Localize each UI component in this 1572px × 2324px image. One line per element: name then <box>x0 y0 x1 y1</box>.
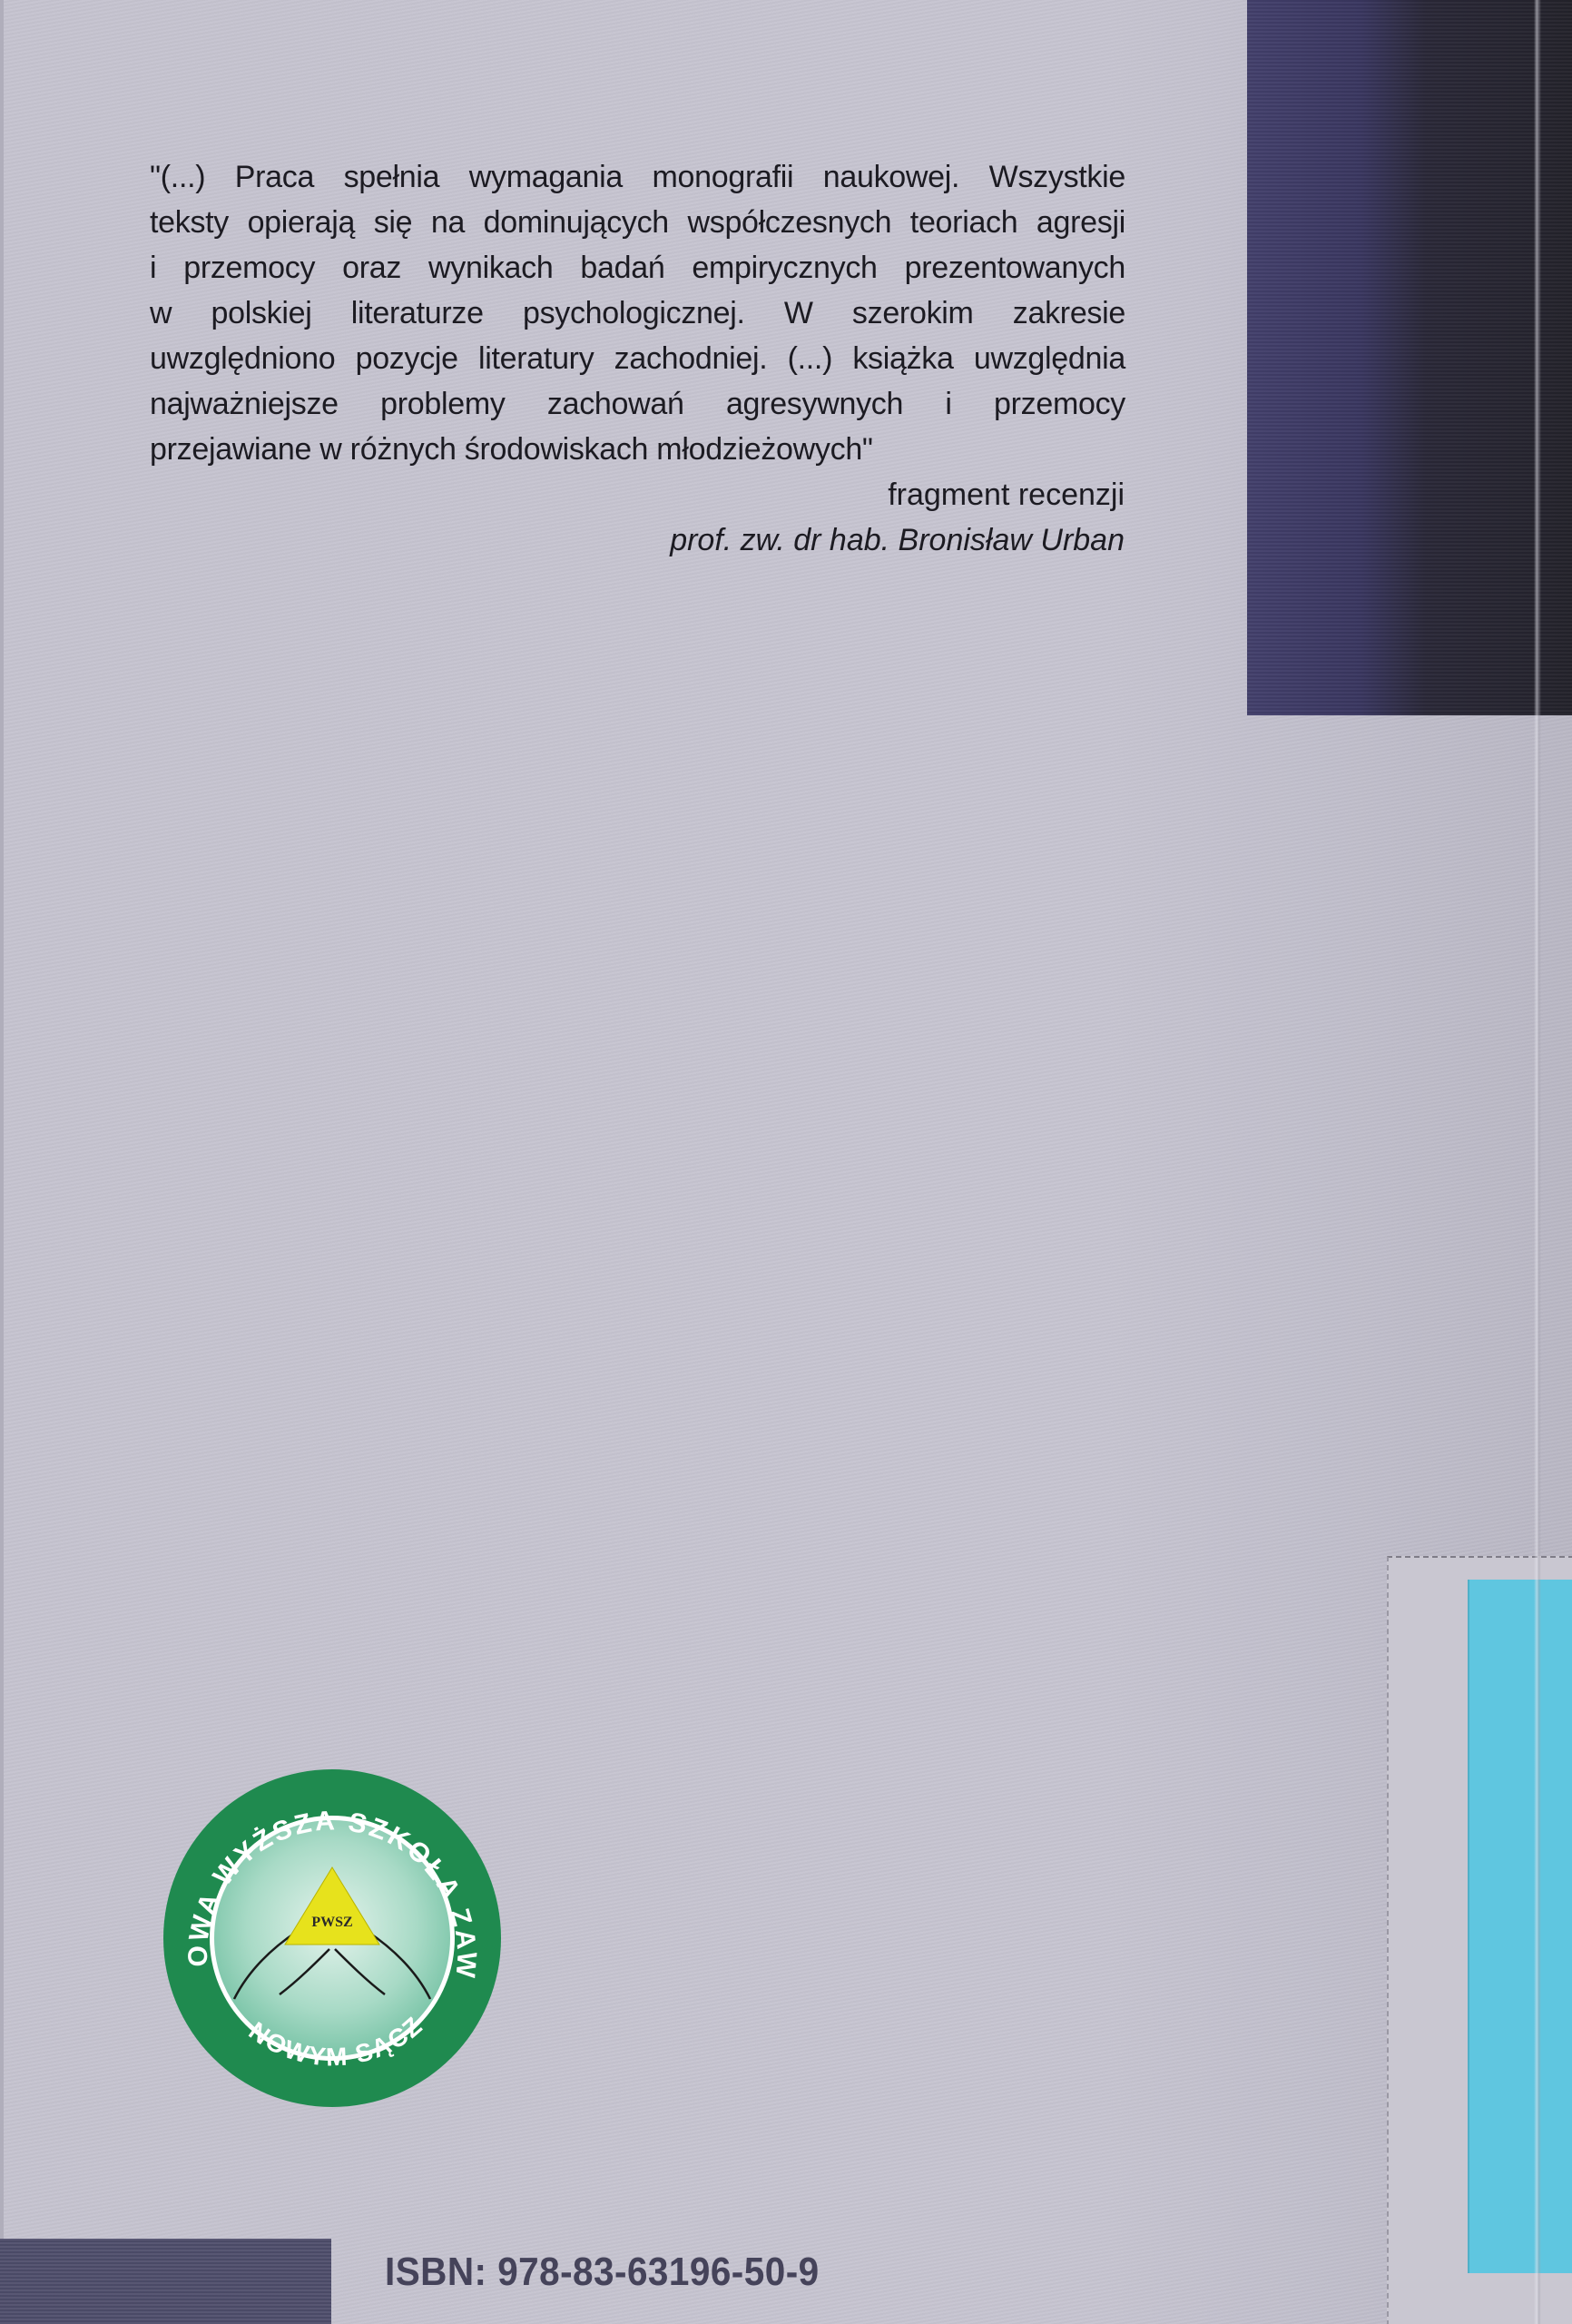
quote-line: w polskiej literaturze psychologicznej. … <box>150 290 1125 336</box>
quote-line: i przemocy oraz wynikach badań empiryczn… <box>150 245 1125 290</box>
spine-crease <box>1534 0 1541 2324</box>
decorative-dark-band <box>1247 0 1572 715</box>
review-attribution: fragment recenzji prof. zw. dr hab. Bron… <box>670 472 1125 563</box>
quote-line: przejawiane w różnych środowiskach młodz… <box>150 427 1125 472</box>
review-quote: "(...) Praca spełnia wymagania monografi… <box>150 154 1125 472</box>
attribution-label: fragment recenzji <box>670 472 1125 517</box>
quote-line: najważniejsze problemy zachowań agresywn… <box>150 381 1125 427</box>
quote-line: "(...) Praca spełnia wymagania monografi… <box>150 154 1125 200</box>
cover-left-edge <box>0 0 4 2324</box>
pwsz-emblem-icon: PAŃSTWOWA WYŻSZA SZKOŁA ZAWODOWA w NOWYM… <box>162 1768 503 2109</box>
library-label-blue <box>1468 1580 1572 2273</box>
attribution-author: prof. zw. dr hab. Bronisław Urban <box>670 517 1125 563</box>
isbn-number: ISBN: 978-83-63196-50-9 <box>385 2250 820 2295</box>
decorative-bottom-block <box>0 2239 331 2324</box>
svg-text:PWSZ: PWSZ <box>311 1915 352 1930</box>
pwsz-logo: PAŃSTWOWA WYŻSZA SZKOŁA ZAWODOWA w NOWYM… <box>162 1768 503 2109</box>
quote-line: uwzględniono pozycje literatury zachodni… <box>150 336 1125 381</box>
quote-line: teksty opierają się na dominujących wspó… <box>150 200 1125 245</box>
